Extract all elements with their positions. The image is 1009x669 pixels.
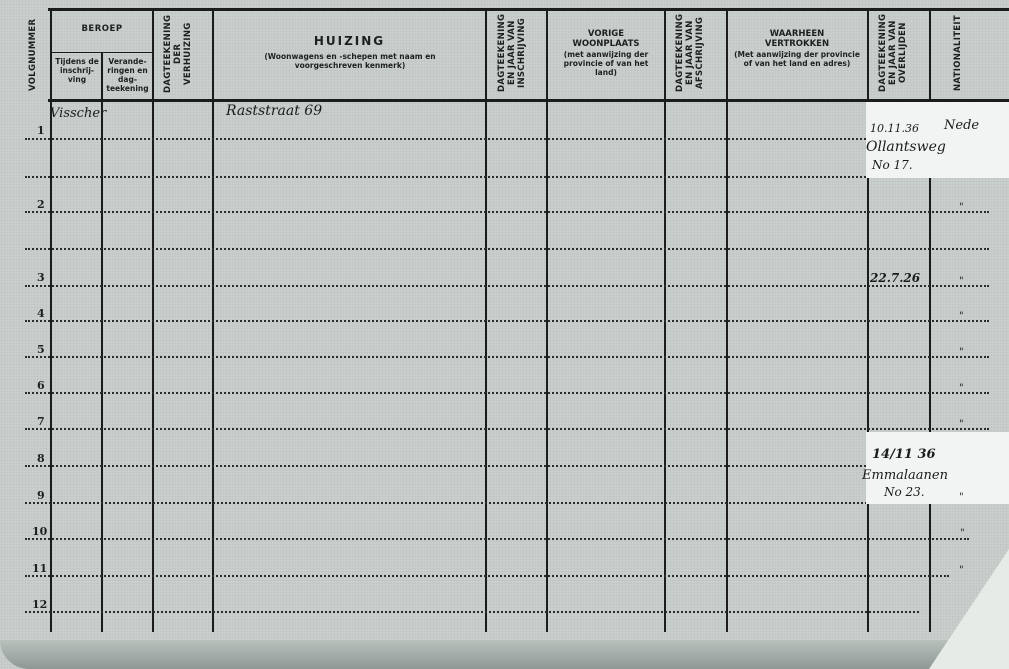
row-line: [25, 248, 989, 250]
row-line: [25, 538, 969, 540]
row-line: [25, 356, 989, 358]
row-number: 7: [37, 415, 45, 428]
ditto-mark: ": [959, 383, 964, 394]
header-beroep-tijdens: Tijdens de inschrij-ving: [53, 57, 101, 84]
row-number: 4: [37, 307, 45, 320]
row-line: [25, 428, 989, 430]
row8-overlijden-addr1: Emmalaanen: [862, 468, 948, 483]
row1-overlijden-date: 10.11.36: [870, 122, 919, 135]
row-number: 2: [37, 198, 45, 211]
ditto-mark: ": [959, 565, 964, 576]
row1-overlijden-addr1: Ollantsweg: [866, 139, 946, 155]
row-number: 6: [37, 379, 45, 392]
register-card: VOLGNUMMER BEROEP Tijdens de inschrij-vi…: [0, 0, 1009, 669]
ditto-mark: ": [959, 492, 964, 503]
header-volgnummer: VOLGNUMMER: [28, 14, 42, 96]
row-line: [25, 176, 989, 178]
ditto-mark: ": [959, 276, 964, 287]
row1-overlijden-note: Nede: [944, 118, 979, 133]
row-number: 1: [37, 124, 45, 137]
row-line: [25, 465, 989, 467]
row-number: 10: [32, 525, 47, 538]
header-vorige-woonplaats: VORIGE WOONPLAATS: [560, 29, 652, 49]
row-number: 12: [32, 598, 47, 611]
ditto-mark: ": [959, 202, 964, 213]
row-line: [25, 138, 989, 140]
row-line: [25, 575, 949, 577]
ditto-mark: ": [959, 419, 964, 430]
ditto-mark: ": [959, 311, 964, 322]
row-line: [25, 320, 989, 322]
beroep-sub-rule: [51, 52, 152, 53]
header-dagteekening-inschrijving: DAGTEEKENING EN JAAR VAN INSCHRIJVING: [497, 10, 537, 96]
header-beroep: BEROEP: [52, 24, 152, 34]
row-number: 8: [37, 452, 45, 465]
header-dagteekening-verhuizing: DAGTEEKENING DER VERHUIZING: [163, 12, 203, 96]
ditto-mark: ": [959, 347, 964, 358]
header-nationaliteit: NATIONALITEIT: [953, 10, 967, 96]
header-waarheen: WAARHEEN VERTROKKEN: [745, 29, 849, 49]
header-waarheen-sub: (Met aanwijzing der provincie of van het…: [733, 50, 861, 68]
row-line: [25, 392, 989, 394]
row-line: [25, 285, 989, 287]
ditto-mark: ": [960, 528, 965, 539]
row-number: 11: [32, 562, 47, 575]
header-vorige-sub: (met aanwijzing der provincie of van het…: [556, 50, 656, 77]
card-bottom-edge: [0, 640, 1009, 669]
header-huizing: HUIZING: [214, 34, 485, 48]
row1-beroep-entry: Visscher: [50, 106, 106, 121]
row-line: [25, 611, 919, 613]
row3-overlijden-date: 22.7.26: [870, 271, 920, 285]
row-number: 3: [37, 271, 45, 284]
row-line: [25, 211, 989, 213]
row-number: 5: [37, 343, 45, 356]
row8-overlijden-date: 14/11 36: [872, 447, 936, 462]
header-dagteekening-afschrijving: DAGTEEKENING EN JAAR VAN AFSCHRIJVING: [675, 10, 715, 96]
header-bottom-rule: [48, 99, 1009, 102]
header-huizing-sub: (Woonwagens en -schepen met naam en voor…: [240, 52, 460, 70]
row-line: [25, 502, 979, 504]
row8-overlijden-addr2: No 23.: [884, 485, 925, 499]
header-dagteekening-overlijden: DAGTEEKENING EN JAAR VAN OVERLIJDEN: [878, 10, 918, 96]
torn-corner: [929, 549, 1009, 669]
row1-huizing-entry: Raststraat 69: [226, 103, 322, 119]
row1-overlijden-addr2: No 17.: [872, 158, 913, 172]
header-beroep-veranderingen: Verande-ringen en dag-teekening: [103, 57, 152, 93]
row-number: 9: [37, 489, 45, 502]
